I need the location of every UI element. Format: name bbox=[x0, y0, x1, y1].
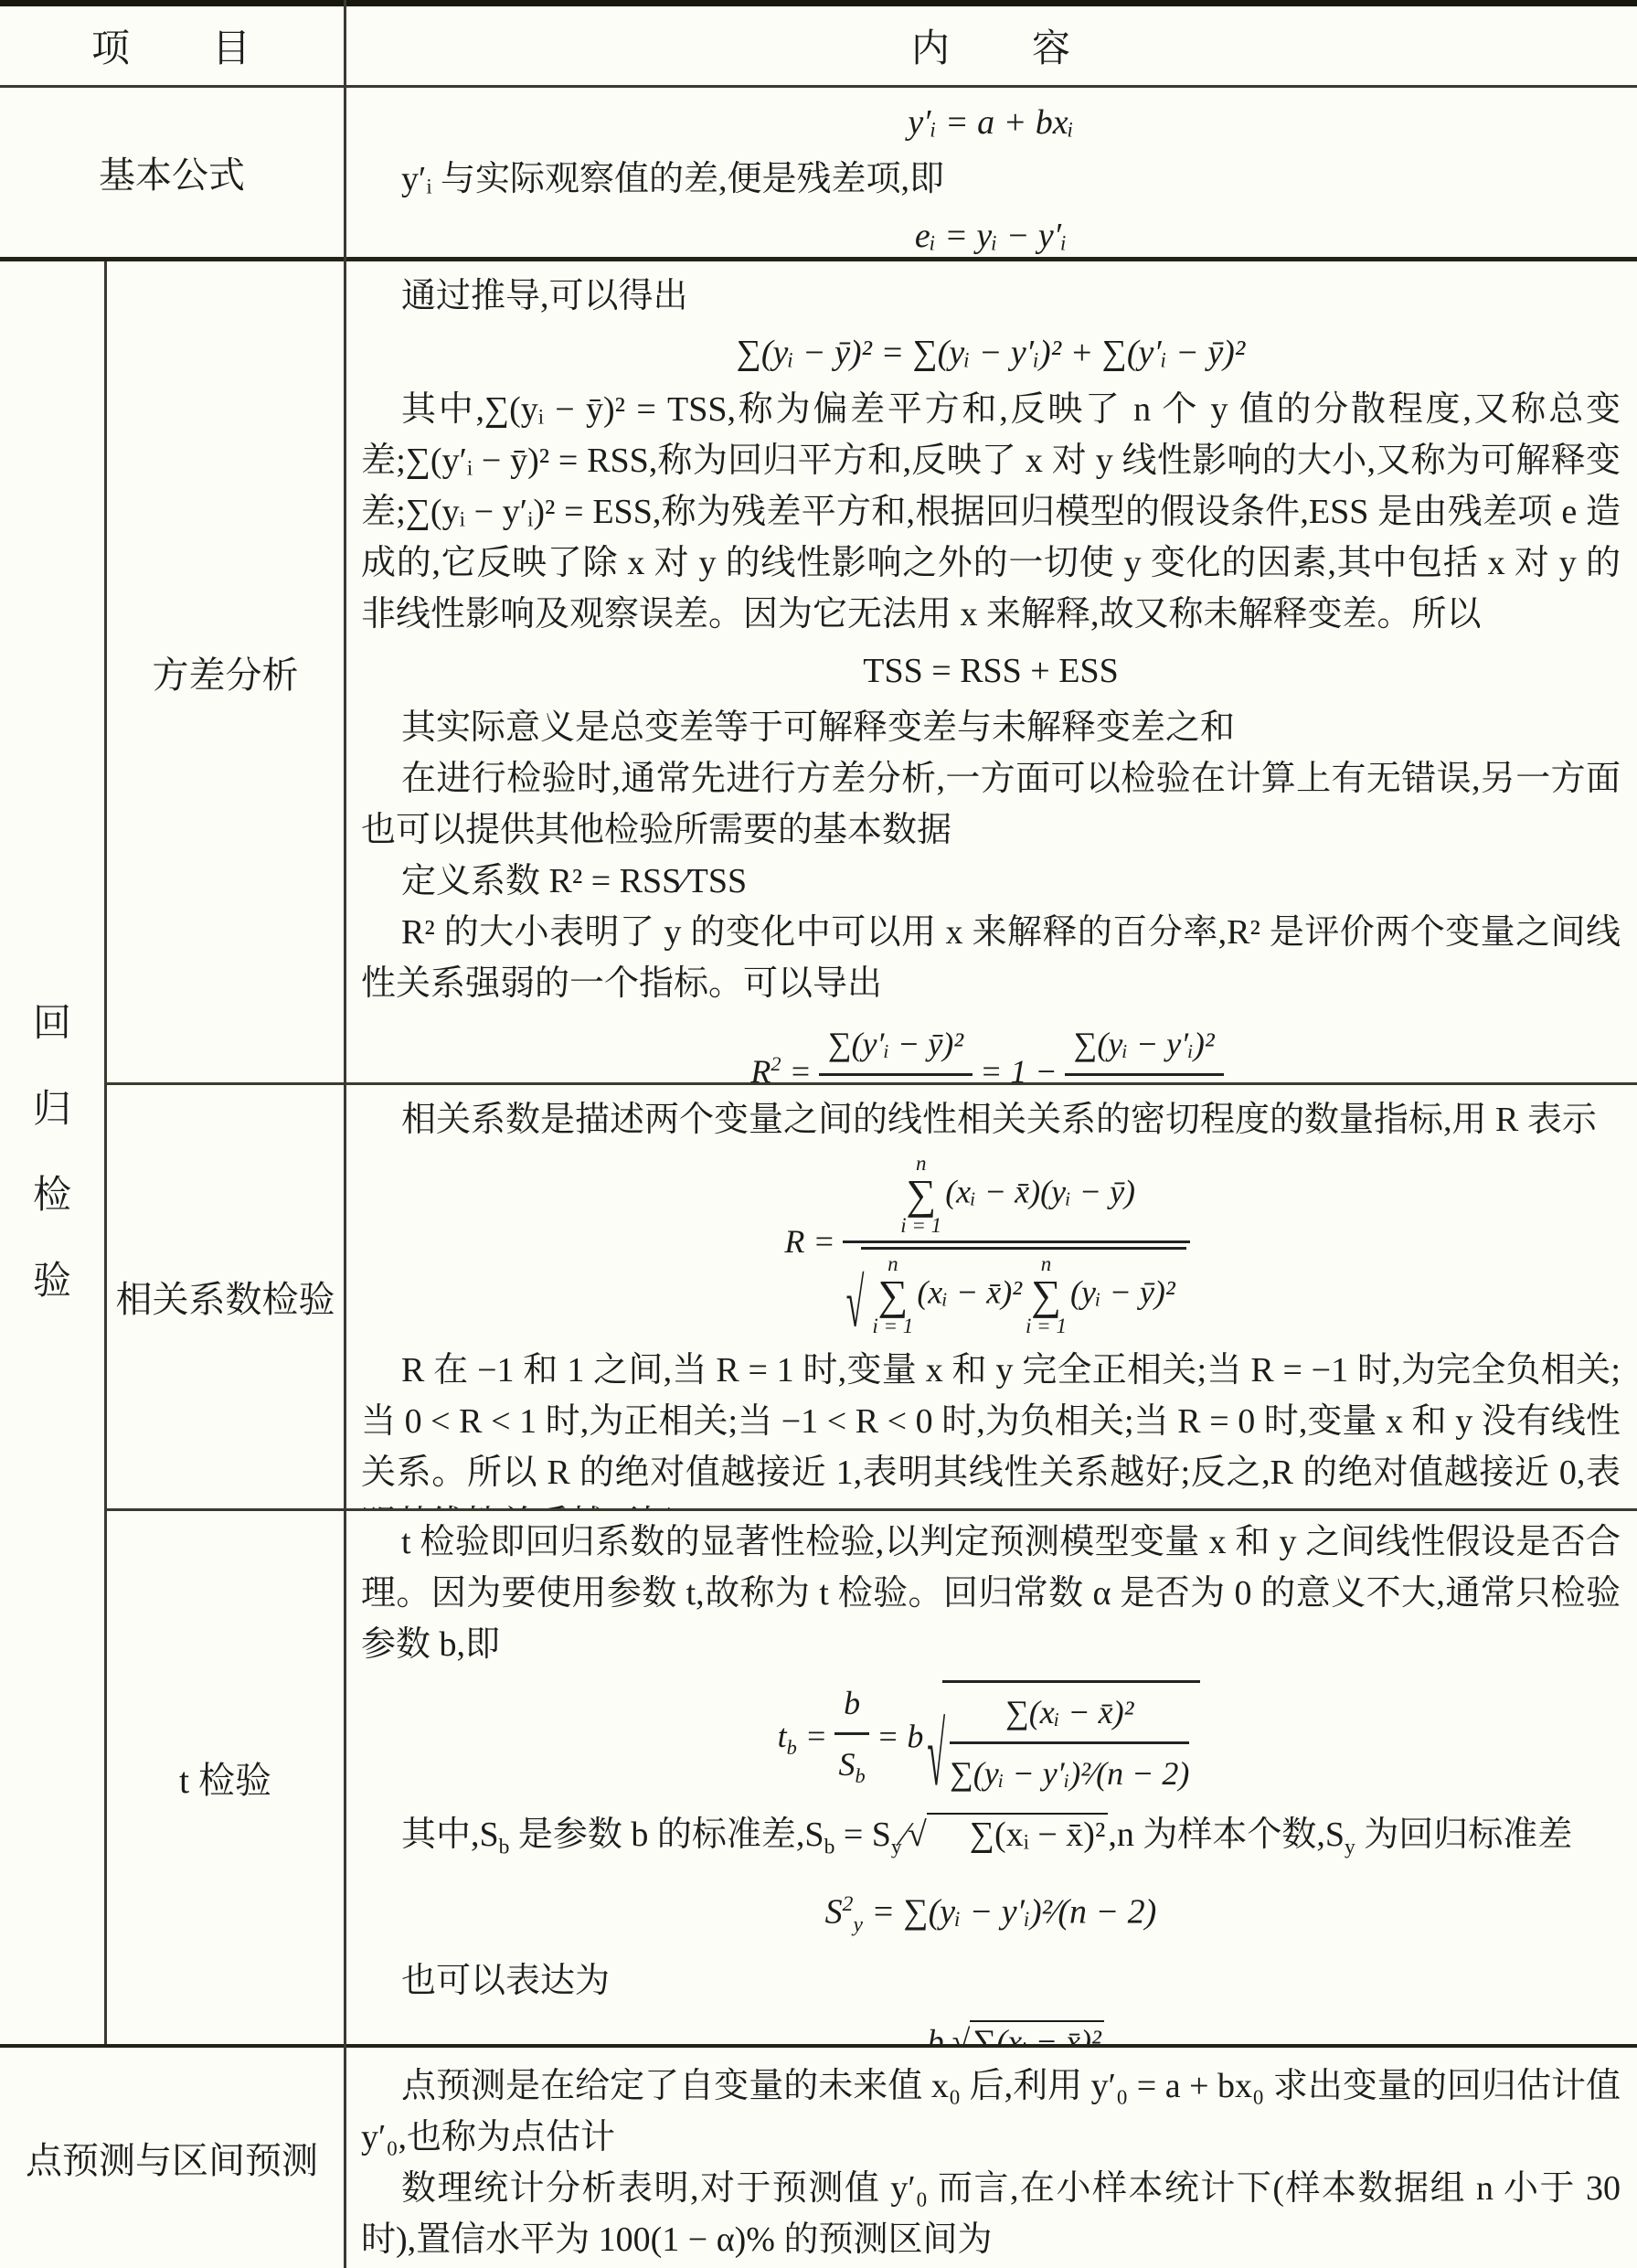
row-label-t-test: t 检验 bbox=[107, 1511, 344, 2044]
row-label-prediction: 点预测与区间预测 bbox=[0, 2048, 344, 2268]
header-content-cell: 内 容 bbox=[346, 6, 1637, 85]
r-squared-fraction-2: ∑(yᵢ − y′ᵢ)²∑(yᵢ − ȳ)² bbox=[1065, 1018, 1224, 1082]
regression-test-vertical-label: 回归检验 bbox=[32, 981, 72, 1325]
row-label-regression-test: 回归检验 bbox=[0, 261, 104, 2044]
sigma-with-limits: n∑i = 1 bbox=[1026, 1253, 1067, 1337]
prediction-label: 点预测与区间预测 bbox=[26, 2132, 318, 2184]
formula-tss-decomposition: ∑(yᵢ − ȳ)² = ∑(yᵢ − y′ᵢ)² + ∑(y′ᵢ − ȳ)² bbox=[361, 327, 1621, 378]
correlation-denominator: √n∑i = 1(xᵢ − x̄)²n∑i = 1(yᵢ − ȳ)² bbox=[843, 1243, 1190, 1337]
formula-residual: eᵢ = yᵢ − y′ᵢ bbox=[361, 210, 1621, 257]
t-test-paragraph-3: 也可以表达为 bbox=[361, 1955, 1621, 2007]
tb1-fraction: bSb bbox=[834, 1677, 869, 1802]
tb1-lhs: tb = bbox=[778, 1718, 827, 1754]
tb1-radicand-fraction: ∑(xᵢ − x̄)²∑(yᵢ − y′ᵢ)²∕(n − 2) bbox=[950, 1687, 1189, 1799]
table-top-border bbox=[0, 0, 1637, 6]
t-test-paragraph-2: 其中,Sb 是参数 b 的标准差,Sb = Sy∕√∑(xᵢ − x̄)²,n … bbox=[361, 1809, 1621, 1873]
formula-tb-2: tb =b √∑(xᵢ − x̄)²Sy bbox=[361, 2016, 1621, 2044]
r-squared-mid: = 1 − bbox=[980, 1053, 1058, 1082]
basic-formula-content: y′ᵢ = a + bxᵢ y′ᵢ 与实际观察值的差,便是残差项,即 eᵢ = … bbox=[346, 88, 1637, 257]
sqrt-radical: √n∑i = 1(xᵢ − x̄)²n∑i = 1(yᵢ − ȳ)² bbox=[846, 1247, 1186, 1337]
correlation-paragraph-2: R 在 −1 和 1 之间,当 R = 1 时,变量 x 和 y 完全正相关;当… bbox=[361, 1345, 1621, 1508]
t-test-paragraph-1: t 检验即回归系数的显著性检验,以判定预测模型变量 x 和 y 之间线性假设是否… bbox=[361, 1517, 1621, 1670]
anova-label: 方差分析 bbox=[153, 646, 299, 698]
formula-tb-1: tb =bSb= b√∑(xᵢ − x̄)²∑(yᵢ − y′ᵢ)²∕(n − … bbox=[361, 1677, 1621, 1802]
formula-correlation-r: R = n∑i = 1(xᵢ − x̄)(yᵢ − ȳ) √n∑i = 1(xᵢ… bbox=[361, 1153, 1621, 1337]
anova-content: 通过推导,可以得出 ∑(yᵢ − ȳ)² = ∑(yᵢ − y′ᵢ)² + ∑(… bbox=[346, 261, 1637, 1082]
formula-r-squared: R2 =∑(y′ᵢ − ȳ)²∑(yᵢ − ȳ)²= 1 −∑(yᵢ − y′ᵢ… bbox=[361, 1018, 1621, 1082]
row-label-correlation-test: 相关系数检验 bbox=[107, 1085, 344, 1508]
anova-paragraph-1: 通过推导,可以得出 bbox=[361, 271, 1621, 322]
t-test-label: t 检验 bbox=[179, 1752, 271, 1804]
r-squared-lhs: R2 = bbox=[750, 1053, 811, 1082]
header-content-label: 内 容 bbox=[911, 18, 1072, 73]
anova-paragraph-6: R² 的大小表明了 y 的变化中可以用 x 来解释的百分率,R² 是评价两个变量… bbox=[361, 907, 1621, 1009]
correlation-test-label: 相关系数检验 bbox=[116, 1271, 335, 1323]
basic-paragraph: y′ᵢ 与实际观察值的差,便是残差项,即 bbox=[361, 154, 1621, 205]
correlation-paragraph-1: 相关系数是描述两个变量之间的线性相关关系的密切程度的数量指标,用 R 表示 bbox=[361, 1094, 1621, 1145]
correlation-fraction: n∑i = 1(xᵢ − x̄)(yᵢ − ȳ) √n∑i = 1(xᵢ − x… bbox=[843, 1153, 1190, 1337]
row-label-anova: 方差分析 bbox=[107, 261, 344, 1082]
prediction-content: 点预测是在给定了自变量的未来值 x₀ 后,利用 y′₀ = a + bx₀ 求出… bbox=[346, 2048, 1637, 2268]
r-squared-fraction-1: ∑(y′ᵢ − ȳ)²∑(yᵢ − ȳ)² bbox=[819, 1018, 973, 1082]
divider-item-content-column bbox=[344, 0, 346, 2268]
prediction-paragraph-1: 点预测是在给定了自变量的未来值 x₀ 后,利用 y′₀ = a + bx₀ 求出… bbox=[361, 2060, 1621, 2163]
basic-formula-label: 基本公式 bbox=[99, 146, 245, 198]
sigma-with-limits: n∑i = 1 bbox=[900, 1153, 941, 1237]
formula-regression-line: y′ᵢ = a + bxᵢ bbox=[361, 97, 1621, 148]
header-item-cell: 项 目 bbox=[0, 6, 344, 85]
sqrt-radical: √∑(xᵢ − x̄)²∑(yᵢ − y′ᵢ)²∕(n − 2) bbox=[927, 1680, 1200, 1799]
anova-paragraph-5: 定义系数 R² = RSS∕TSS bbox=[361, 856, 1621, 907]
prediction-paragraph-2: 数理统计分析表明,对于预测值 y′₀ 而言,在小样本统计下(样本数据组 n 小于… bbox=[361, 2163, 1621, 2265]
row-label-basic-formula: 基本公式 bbox=[0, 88, 344, 257]
formula-tss-rss-ess: TSS = RSS + ESS bbox=[361, 645, 1621, 697]
correlation-content: 相关系数是描述两个变量之间的线性相关关系的密切程度的数量指标,用 R 表示 R … bbox=[346, 1085, 1637, 1508]
anova-paragraph-4: 在进行检验时,通常先进行方差分析,一方面可以检验在计算上有无错误,另一方面也可以… bbox=[361, 753, 1621, 856]
header-item-label: 项 目 bbox=[91, 18, 252, 73]
t-test-content: t 检验即回归系数的显著性检验,以判定预测模型变量 x 和 y 之间线性假设是否… bbox=[346, 1511, 1637, 2044]
correlation-numerator: n∑i = 1(xᵢ − x̄)(yᵢ − ȳ) bbox=[843, 1153, 1190, 1243]
correlation-lhs: R = bbox=[784, 1223, 834, 1260]
anova-paragraph-3: 其实际意义是总变差等于可解释变差与未解释变差之和 bbox=[361, 702, 1621, 753]
sigma-with-limits: n∑i = 1 bbox=[872, 1253, 913, 1337]
tb2-fraction: b √∑(xᵢ − x̄)²Sy bbox=[919, 2016, 1113, 2044]
textbook-table-page: 项 目 内 容 基本公式 y′ᵢ = a + bxᵢ y′ᵢ 与实际观察值的差,… bbox=[0, 0, 1637, 2268]
formula-sy-squared: S2y = ∑(yᵢ − y′ᵢ)²∕(n − 2) bbox=[361, 1879, 1621, 1950]
anova-paragraph-2: 其中,∑(yᵢ − ȳ)² = TSS,称为偏差平方和,反映了 n 个 y 值的… bbox=[361, 384, 1621, 640]
tb1-mid: = b bbox=[877, 1718, 923, 1754]
